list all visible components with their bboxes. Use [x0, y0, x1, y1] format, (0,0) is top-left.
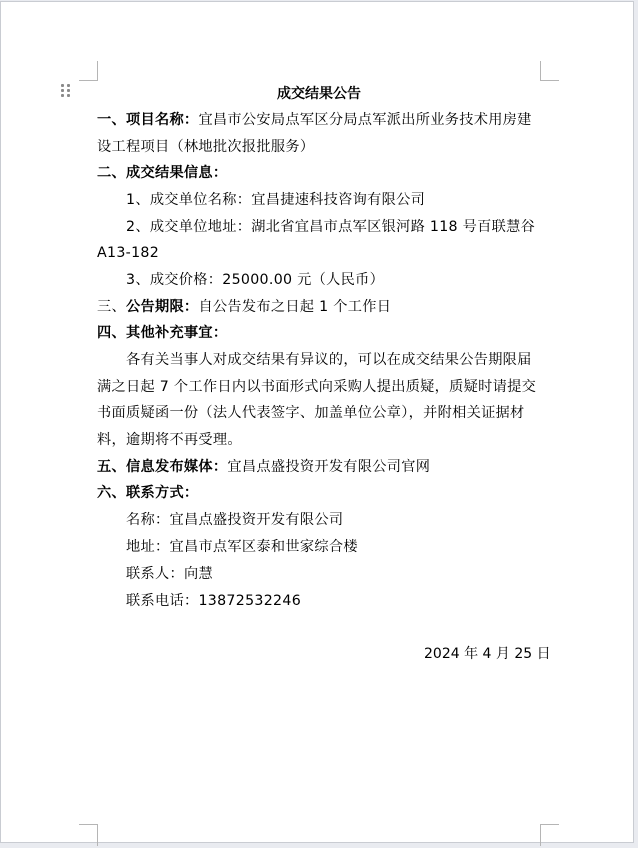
text-line: 各有关当事人对成交结果有异议的，可以在成交结果公告期限届	[126, 350, 532, 370]
line-text: 满之日起 7 个工作日内以书面形式向采购人提出质疑，质疑时请提交	[97, 379, 536, 395]
text-line: 1、成交单位名称：宜昌捷速科技咨询有限公司	[126, 190, 425, 210]
margin-corner-top-left	[79, 61, 98, 81]
text-line: 书面质疑函一份（法人代表签字、加盖单位公章），并附相关证据材	[97, 403, 525, 423]
line-text: 各有关当事人对成交结果有异议的，可以在成交结果公告期限届	[126, 352, 532, 368]
text-line: 联系人：向慧	[126, 564, 213, 584]
section-number: 三、	[97, 299, 126, 315]
text-line: 二、成交结果信息：	[97, 163, 227, 183]
document-title: 成交结果公告	[0, 84, 638, 104]
text-line: 五、信息发布媒体：宜昌点盛投资开发有限公司官网	[97, 457, 430, 477]
text-line: 料，逾期将不再受理。	[97, 430, 242, 450]
text-line: 四、其他补充事宜：	[97, 323, 227, 343]
margin-corner-top-right	[540, 61, 559, 81]
section-heading: 联系方式：	[126, 485, 198, 501]
text-line: 名称：宜昌点盛投资开发有限公司	[126, 510, 343, 530]
document-date: 2024 年 4 月 25 日	[424, 644, 551, 664]
line-text: 料，逾期将不再受理。	[97, 432, 242, 448]
section-heading: 其他补充事宜：	[126, 325, 227, 341]
margin-corner-bottom-left	[79, 824, 98, 846]
text-line: 设工程项目（林地批次报批服务）	[97, 137, 314, 157]
text-line: 2、成交单位地址：湖北省宜昌市点军区银河路 118 号百联慧谷	[126, 217, 535, 237]
text-line: 一、项目名称：宜昌市公安局点军区分局点军派出所业务技术用房建	[97, 110, 532, 130]
line-text: 宜昌市公安局点军区分局点军派出所业务技术用房建	[198, 112, 531, 128]
text-line: 联系电话：13872532246	[126, 591, 301, 611]
section-heading: 项目名称：	[126, 112, 198, 128]
section-number: 一、	[97, 112, 126, 128]
text-line: 满之日起 7 个工作日内以书面形式向采购人提出质疑，质疑时请提交	[97, 377, 536, 397]
line-text: 书面质疑函一份（法人代表签字、加盖单位公章），并附相关证据材	[97, 405, 525, 421]
line-text: 设工程项目（林地批次报批服务）	[97, 139, 314, 155]
section-number: 六、	[97, 485, 126, 501]
text-line: 3、成交价格：25000.00 元（人民币）	[126, 270, 384, 290]
text-line: 地址：宜昌市点军区泰和世家综合楼	[126, 537, 358, 557]
line-text: 联系人：向慧	[126, 566, 213, 582]
section-number: 二、	[97, 165, 126, 181]
line-text: 1、成交单位名称：宜昌捷速科技咨询有限公司	[126, 192, 425, 208]
line-text: A13-182	[97, 245, 159, 261]
margin-corner-bottom-right	[540, 824, 559, 846]
line-text: 宜昌点盛投资开发有限公司官网	[227, 459, 430, 475]
section-number: 五、	[97, 459, 126, 475]
line-text: 2、成交单位地址：湖北省宜昌市点军区银河路 118 号百联慧谷	[126, 219, 535, 235]
text-line: 六、联系方式：	[97, 483, 198, 503]
section-heading: 信息发布媒体：	[126, 459, 227, 475]
section-heading: 成交结果信息：	[126, 165, 227, 181]
line-text: 自公告发布之日起 1 个工作日	[198, 299, 391, 315]
section-number: 四、	[97, 325, 126, 341]
text-line: A13-182	[97, 243, 159, 263]
line-text: 3、成交价格：25000.00 元（人民币）	[126, 272, 384, 288]
line-text: 地址：宜昌市点军区泰和世家综合楼	[126, 539, 358, 555]
text-line: 三、公告期限：自公告发布之日起 1 个工作日	[97, 297, 391, 317]
line-text: 名称：宜昌点盛投资开发有限公司	[126, 512, 343, 528]
line-text: 联系电话：13872532246	[126, 593, 301, 609]
section-heading: 公告期限：	[126, 299, 198, 315]
